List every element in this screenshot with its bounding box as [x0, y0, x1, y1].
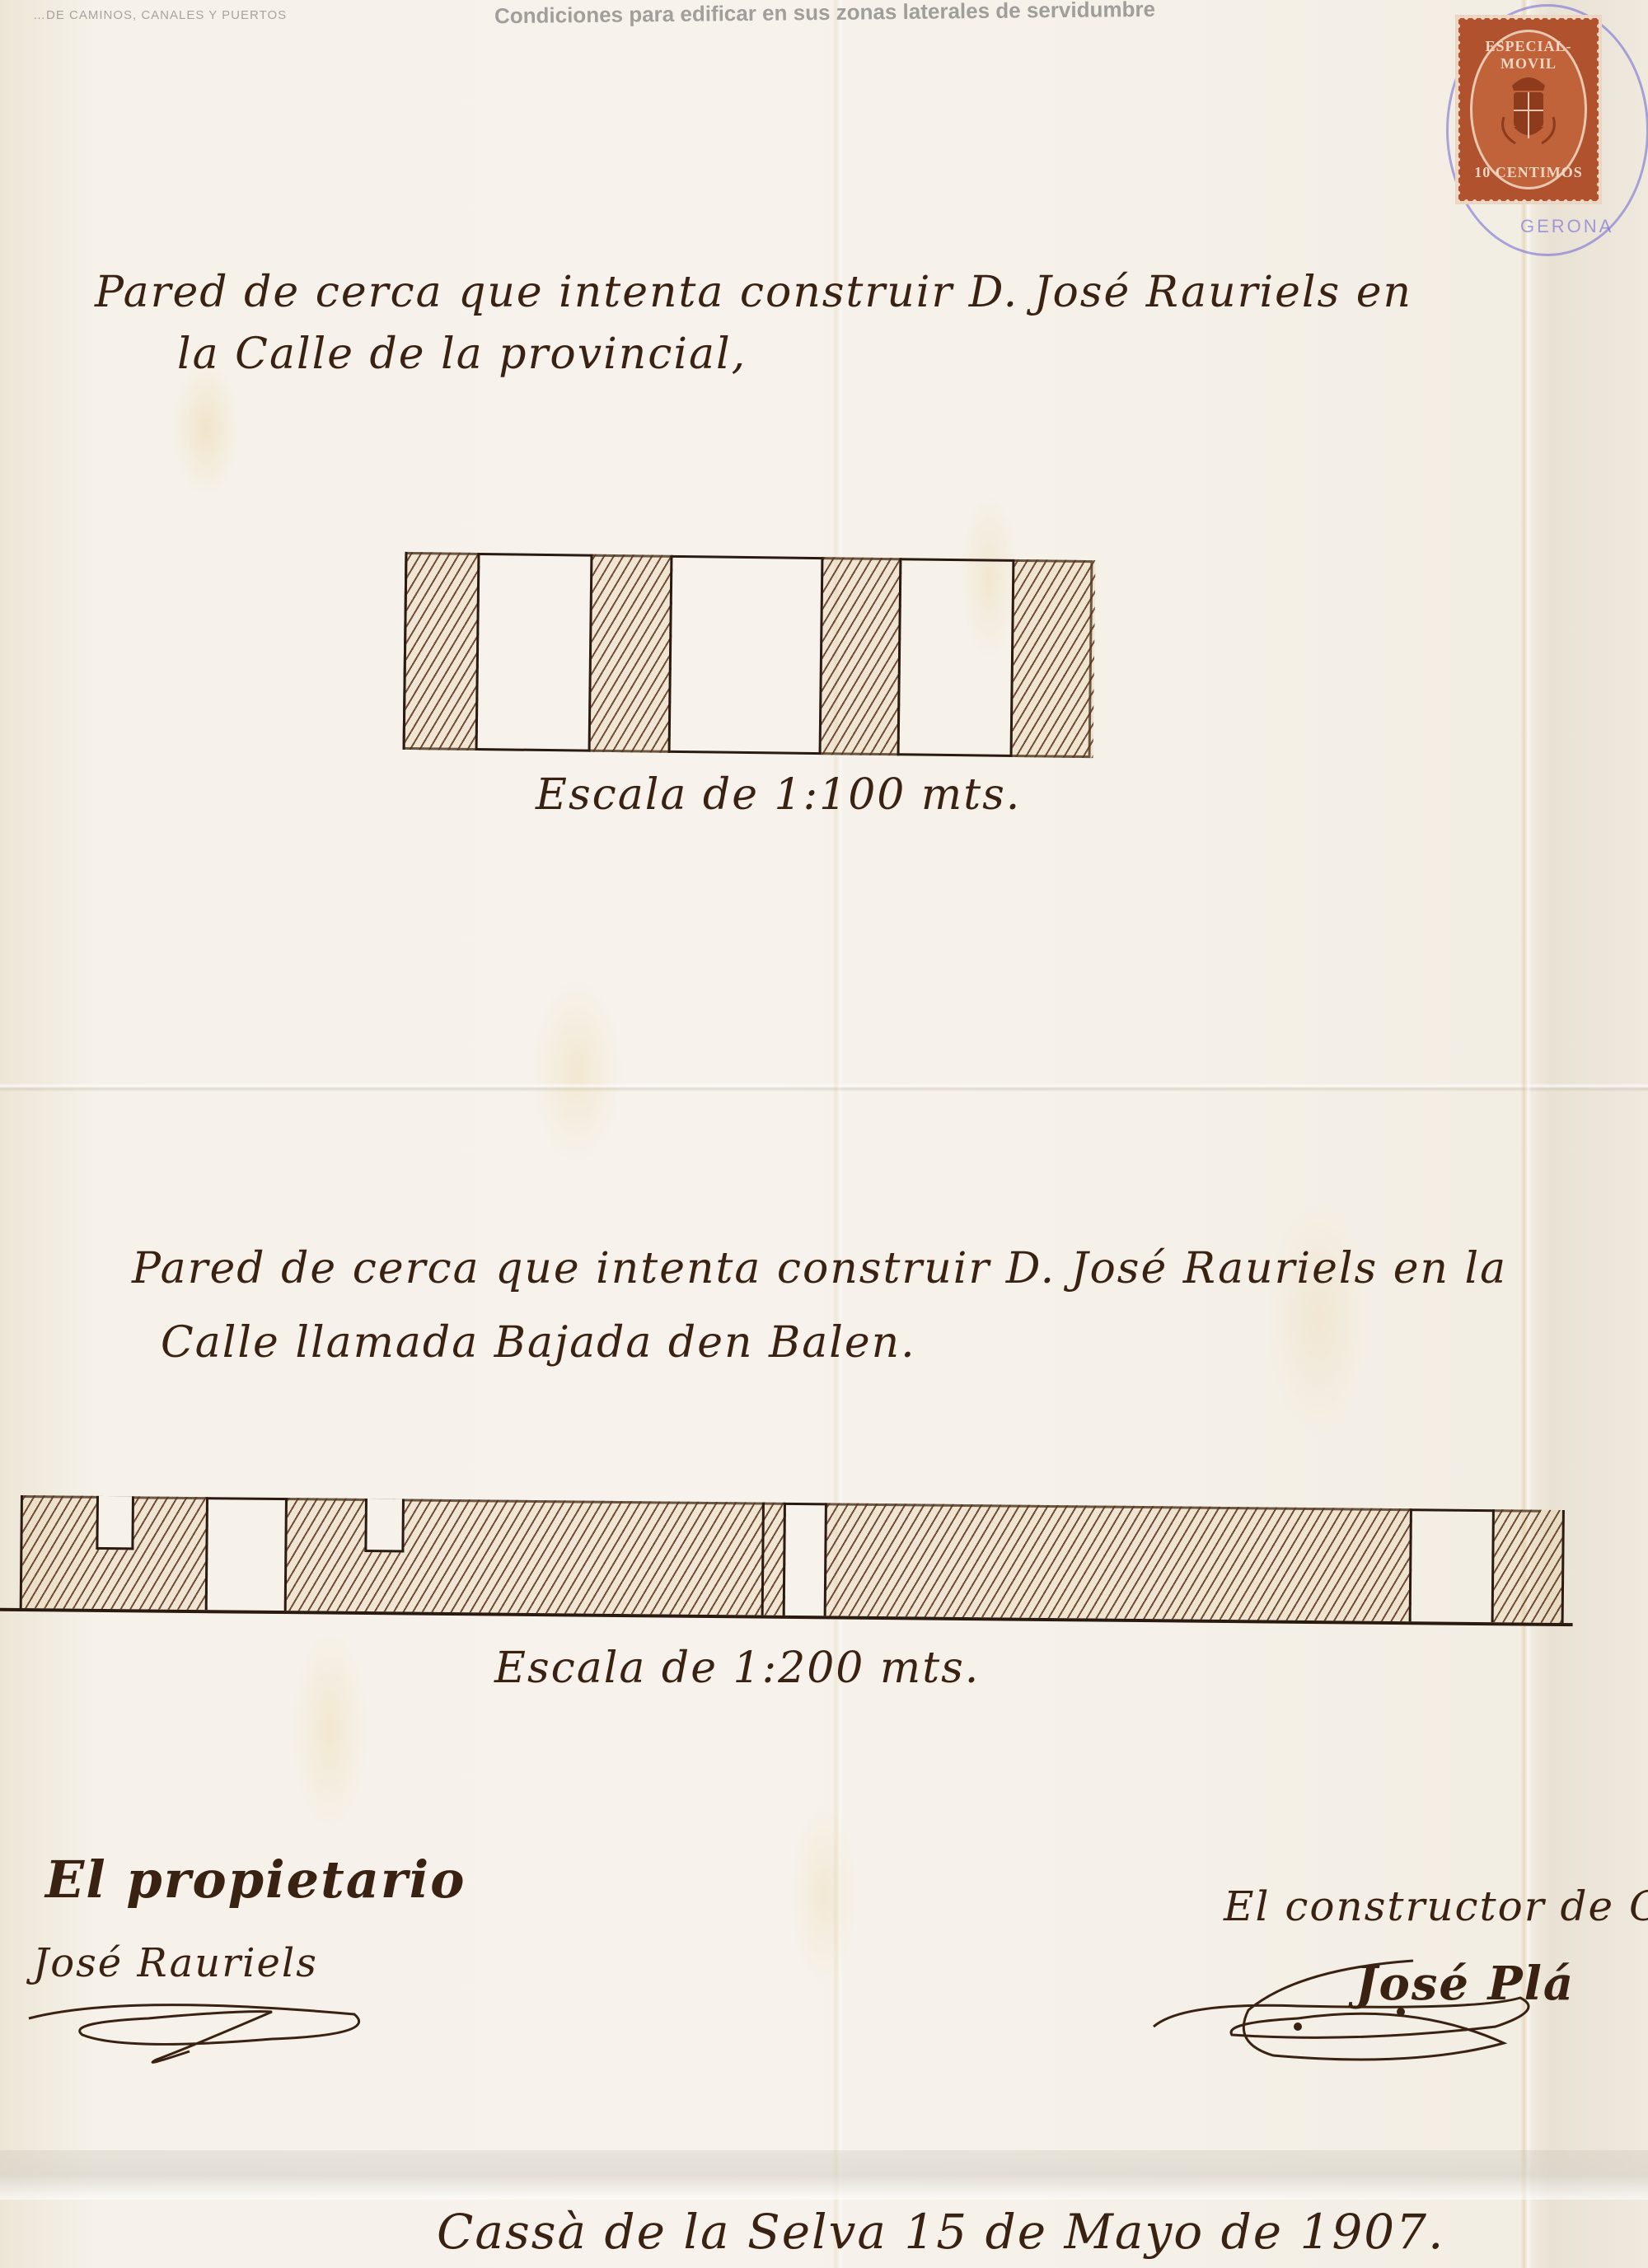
hatched-wall-segment	[824, 1503, 1412, 1621]
place-and-date: Cassà de la Selva 15 de Mayo de 1907.	[437, 2204, 1445, 2260]
seal-text: GERONA	[1520, 216, 1613, 237]
wall-elevation-drawing-2	[20, 1495, 1541, 1625]
wall-elevation-drawing-1	[403, 552, 1093, 758]
wall-opening-notch	[364, 1499, 405, 1552]
section-1-caption-line-1: Pared de cerca que intenta construir D. …	[95, 268, 1412, 317]
open-section	[205, 1497, 288, 1611]
coat-of-arms-icon	[1496, 68, 1561, 150]
owner-signature-name: José Rauriels	[33, 1940, 318, 1986]
scale-label-2: Escala de 1:200 mts.	[494, 1644, 980, 1693]
stamp-bottom-text: 10 CENTIMOS	[1458, 164, 1599, 181]
center-fold	[832, 0, 844, 2268]
builder-title: El constructor de Obras	[1224, 1882, 1648, 1930]
bottom-fold	[0, 2150, 1648, 2200]
owner-title: El propietario	[45, 1849, 466, 1910]
scale-label-1: Escala de 1:100 mts.	[536, 770, 1021, 820]
hatched-pillar	[588, 554, 673, 753]
hatched-wall-segment	[284, 1498, 786, 1616]
horizontal-fold	[0, 1083, 1648, 1092]
open-section	[1409, 1508, 1495, 1622]
owner-signature-flourish	[25, 2002, 371, 2076]
section-2-caption-line-2: Calle llamada Bajada den Balen.	[161, 1318, 916, 1368]
revenue-stamp: ESPECIAL-MOVIL 10 CENTIMOS	[1458, 18, 1599, 201]
hatched-pillar	[819, 557, 902, 755]
open-section	[897, 558, 1015, 757]
section-1-caption-line-2: la Calle de la provincial,	[177, 330, 747, 379]
wall-opening-notch	[96, 1496, 134, 1550]
hatched-pillar	[1010, 559, 1096, 758]
open-section	[783, 1503, 827, 1616]
open-section	[668, 555, 824, 755]
hatched-pillar	[1491, 1509, 1565, 1623]
section-2-caption-line-1: Pared de cerca que intenta construir D. …	[132, 1244, 1507, 1293]
printed-header-left: …DE CAMINOS, CANALES Y PUERTOS	[33, 8, 287, 22]
open-section	[475, 553, 593, 752]
hatched-pillar	[403, 552, 480, 751]
builder-signature-flourish	[1149, 1944, 1611, 2076]
